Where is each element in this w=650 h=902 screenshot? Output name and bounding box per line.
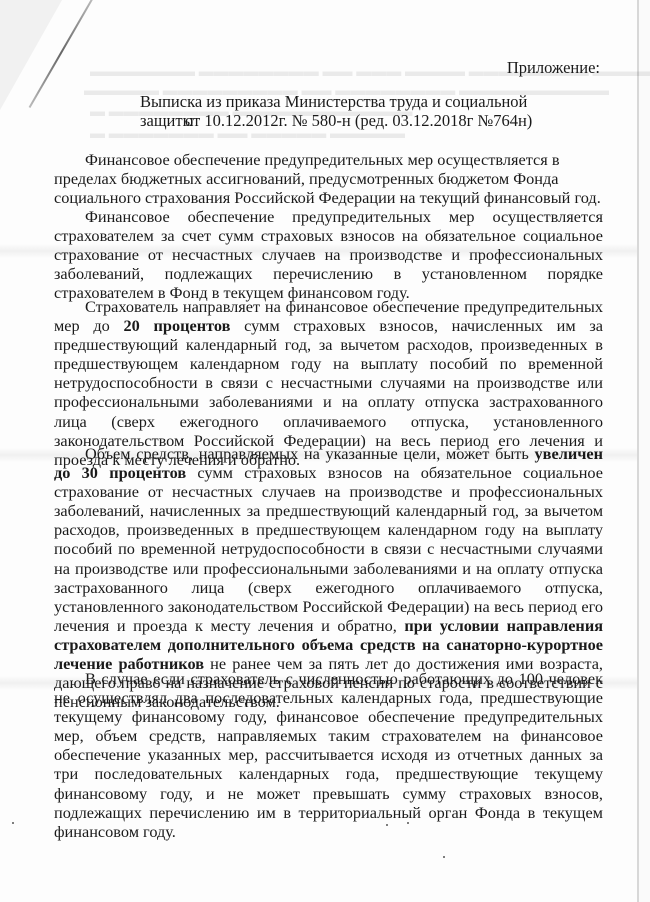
paragraph-5: В случае если страхователь с численность… [54,669,603,841]
scan-speck [12,822,14,824]
paragraph-4-text-mid: сумм страховых взносов на обязательное с… [54,463,603,635]
scan-speck [407,822,409,824]
scan-speck [386,824,388,826]
folded-corner [0,0,62,110]
scanned-page: ▬▬▬▬▬▬▬ ▬▬▬▬▬▬▬▬ ▬▬ ▬▬▬ ▬▬▬▬ ▬▬▬▬▬▬▬▬ ▬▬… [0,0,650,902]
scan-margin [639,0,650,902]
appendix-label: Приложение: [507,58,600,78]
paragraph-4-text: Объем средств, направляемых на указанные… [85,444,535,463]
paragraph-3-bold: 20 процентов [124,316,231,335]
paragraph-1: Финансовое обеспечение предупредительных… [54,150,603,207]
paragraph-2: Финансовое обеспечение предупредительных… [54,207,603,302]
title-line-2: от 10.12.2012г. № 580-н (ред. 03.12.2018… [185,111,585,130]
scan-speck [443,856,445,858]
